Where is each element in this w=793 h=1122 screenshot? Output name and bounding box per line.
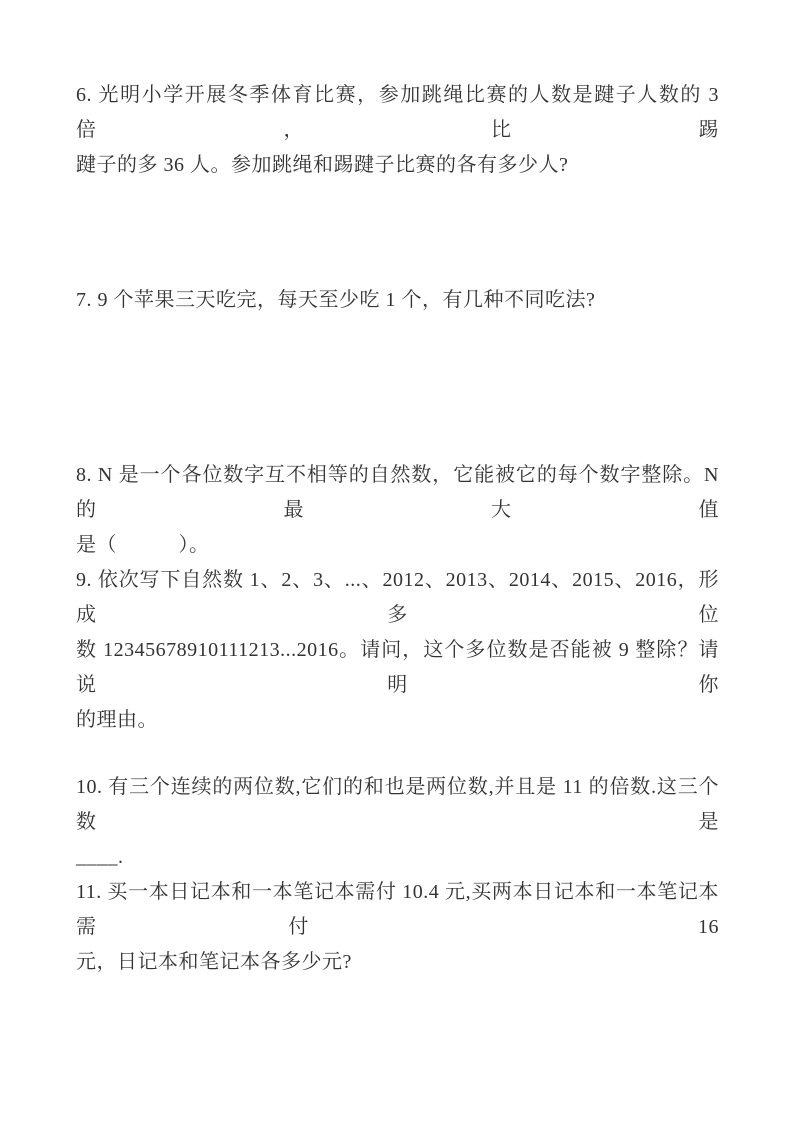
problems-10-and-11: 10. 有三个连续的两位数,它们的和也是两位数,并且是 11 的倍数.这三个数是… [76,770,719,980]
problem-8-line-1: 8. N 是一个各位数字互不相等的自然数，它能被它的每个数字整除。N 的最大值 [76,458,719,528]
problem-6-line-1: 6. 光明小学开展冬季体育比赛，参加跳绳比赛的人数是踺子人数的 3 倍，比踢 [76,78,719,148]
problem-9-line-2: 数 12345678910111213...2016。请问，这个多位数是否能被 … [76,633,719,703]
problem-8-line-2-answer-blank: 是（ ）。 [76,528,719,563]
problems-8-and-9: 8. N 是一个各位数字互不相等的自然数，它能被它的每个数字整除。N 的最大值 … [76,458,719,738]
problem-6: 6. 光明小学开展冬季体育比赛，参加跳绳比赛的人数是踺子人数的 3 倍，比踢 踺… [76,78,719,183]
problem-10-line-2-answer-blank: ____. [76,840,719,875]
worksheet-page: 6. 光明小学开展冬季体育比赛，参加跳绳比赛的人数是踺子人数的 3 倍，比踢 踺… [0,0,793,1122]
problem-9-line-1: 9. 依次写下自然数 1、2、3、...、2012、2013、2014、2015… [76,563,719,633]
problem-9-line-3: 的理由。 [76,703,719,738]
problem-10-line-1: 10. 有三个连续的两位数,它们的和也是两位数,并且是 11 的倍数.这三个数是 [76,770,719,840]
problem-11-line-2: 元，日记本和笔记本各多少元? [76,945,719,980]
problem-7: 7. 9 个苹果三天吃完，每天至少吃 1 个，有几种不同吃法? [76,283,719,318]
problem-6-line-2: 踺子的多 36 人。参加跳绳和踢踺子比赛的各有多少人? [76,148,719,183]
problem-11-line-1: 11. 买一本日记本和一本笔记本需付 10.4 元,买两本日记本和一本笔记本需付… [76,875,719,945]
problem-7-line-1: 7. 9 个苹果三天吃完，每天至少吃 1 个，有几种不同吃法? [76,283,719,318]
